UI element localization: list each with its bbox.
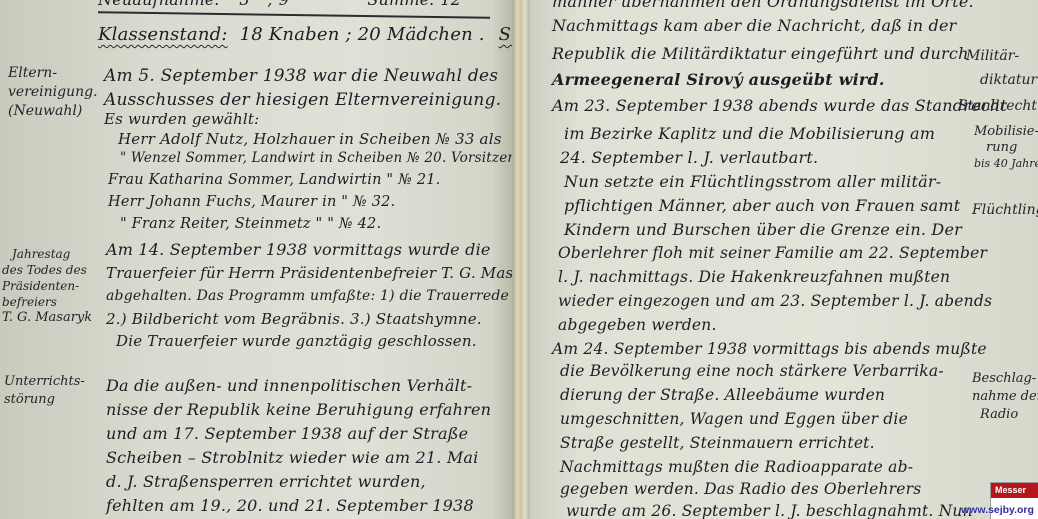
body-line: Nun setzte ein Flüchtlingsstrom aller mi…	[564, 172, 941, 191]
class-status-label: Klassenstand:	[98, 24, 228, 45]
body-line: Armeegeneral Sirový ausgeübt wird.	[552, 70, 885, 89]
class-status-sum-label: Summe:	[499, 24, 512, 45]
margin-note-line: befreiers	[2, 294, 92, 310]
margin-note-line: störung	[4, 391, 85, 409]
margin-note-line: Mobilisie-	[974, 124, 1038, 140]
body-line: Am 23. September 1938 abends wurde das S…	[552, 96, 1007, 115]
body-line: Kindern und Burschen über die Grenze ein…	[564, 220, 962, 239]
enrollment-sum-label: Summe:	[367, 0, 435, 9]
margin-note-martial-law: Standrecht	[958, 98, 1037, 114]
margin-note-line: Präsidenten-	[2, 278, 92, 294]
body-line: abgegeben werden.	[558, 316, 717, 334]
body-line: l. J. nachmittags. Die Hakenkreuzfahnen …	[558, 268, 950, 286]
margin-note-line: des Todes des	[2, 262, 92, 278]
margin-note-line: rung	[974, 140, 1038, 156]
body-line: Herr Adolf Nutz, Holzhauer in Scheiben №…	[118, 130, 502, 148]
margin-note-line: Unterrichts-	[4, 373, 85, 391]
body-line: Nachmittags kam aber die Nachricht, daß …	[552, 16, 956, 35]
body-line: wieder eingezogen und am 23. September l…	[558, 292, 992, 310]
body-line: männer übernahmen den Ordnungsdienst im …	[552, 0, 974, 11]
margin-note-military-dictatorship: Militär- diktatur	[966, 44, 1037, 92]
body-line: Nachmittags mußten die Radioapparate ab-	[560, 458, 913, 476]
body-line: Ausschusses der hiesigen Elternvereinigu…	[104, 90, 501, 110]
body-line: Am 5. September 1938 war die Neuwahl des	[104, 66, 498, 86]
enrollment-label: Neuaufnahme:	[98, 0, 220, 9]
body-line: abgehalten. Das Programm umfaßte: 1) die…	[106, 288, 509, 304]
margin-note-line: Radio	[972, 406, 1038, 424]
margin-note-line: (Neuwahl)	[8, 102, 98, 121]
enrollment-line: Neuaufnahme: 3 " ; 9 " Summe: 12	[98, 0, 461, 9]
body-line: " Wenzel Sommer, Landwirt in Scheiben № …	[120, 150, 512, 166]
class-status-line: Klassenstand: 18 Knaben ; 20 Mädchen . S…	[98, 24, 512, 45]
body-line-text: Trauerfeier für Herrn Präsidentenbefreie…	[106, 264, 512, 282]
margin-note-line: Beschlag-	[972, 370, 1038, 388]
body-line: Am 14. September 1938 vormittags wurde d…	[106, 240, 491, 259]
body-line: Scheiben – Stroblnitz wieder wie am 21. …	[106, 448, 478, 467]
body-line: Die Trauerfeier wurde ganztägig geschlos…	[116, 332, 477, 350]
margin-note-class-disruption: Unterrichts- störung	[4, 373, 85, 409]
watermark-url: www.sejby.org	[961, 504, 1034, 516]
body-line: im Bezirke Kaplitz und die Mobilisierung…	[564, 124, 935, 143]
body-line: d. J. Straßensperren errichtet wurden,	[106, 472, 426, 491]
left-page: Neuaufnahme: 3 " ; 9 " Summe: 12 Klassen…	[0, 0, 512, 519]
body-line: Straße gestellt, Steinmauern errichtet.	[560, 434, 875, 452]
header-rule	[98, 11, 490, 18]
class-status-values: 18 Knaben ; 20 Mädchen .	[240, 24, 485, 45]
margin-note-line: Jahrestag	[2, 246, 92, 262]
body-line: 2.) Bildbericht vom Begräbnis. 3.) Staat…	[106, 310, 482, 328]
margin-note-refugees: Flüchtlinge	[972, 202, 1038, 218]
body-line: dierung der Straße. Alleebäume wurden	[560, 386, 885, 404]
margin-note-line: Eltern-	[8, 64, 98, 83]
body-line: wurde am 26. September l. J. beschlagnah…	[566, 502, 973, 519]
book-gutter	[512, 0, 530, 519]
body-line: und am 17. September 1938 auf der Straße	[106, 424, 468, 443]
body-line: gegeben werden. Das Radio des Oberlehrer…	[560, 480, 921, 498]
body-line: Frau Katharina Sommer, Landwirtin " № 21…	[108, 172, 441, 188]
body-line: Am 24. September 1938 vormittags bis abe…	[552, 340, 987, 358]
margin-note-line: bis 40 Jahre	[974, 156, 1038, 172]
enrollment-sum: 12	[440, 0, 461, 9]
book-spread: Neuaufnahme: 3 " ; 9 " Summe: 12 Klassen…	[0, 0, 1038, 519]
body-line: Da die außen- und innenpolitischen Verhä…	[106, 376, 472, 395]
margin-note-line: T. G. Masaryk	[2, 310, 92, 326]
margin-note-line: diktatur	[966, 68, 1037, 92]
body-line: fehlten am 19., 20. und 21. September 19…	[106, 496, 474, 515]
body-line: pflichtigen Männer, aber auch von Frauen…	[564, 196, 960, 215]
margin-note-line: Standrecht	[958, 98, 1037, 114]
body-line: die Bevölkerung eine noch stärkere Verba…	[560, 362, 944, 380]
badge-label: Messer	[991, 483, 1038, 498]
margin-note-parent-association: Eltern- vereinigung. (Neuwahl)	[8, 64, 98, 121]
margin-note-line: Flüchtlinge	[972, 202, 1038, 218]
margin-note-line: nahme der	[972, 388, 1038, 406]
body-line: Es wurden gewählt:	[104, 110, 259, 128]
body-line: Herr Johann Fuchs, Maurer in " № 32.	[108, 194, 395, 210]
right-page: männer übernahmen den Ordnungsdienst im …	[530, 0, 1038, 519]
margin-note-line: vereinigung.	[8, 83, 98, 102]
margin-note-mobilization: Mobilisie- rung bis 40 Jahre	[974, 124, 1038, 172]
body-line: Republik die Militärdiktatur eingeführt …	[552, 44, 969, 63]
margin-note-radio-confiscation: Beschlag- nahme der Radio	[972, 370, 1038, 424]
body-line: nisse der Republik keine Beruhigung erfa…	[106, 400, 491, 419]
body-line: " Franz Reiter, Steinmetz " " № 42.	[120, 216, 381, 232]
body-line: Oberlehrer floh mit seiner Familie am 22…	[558, 244, 987, 262]
margin-note-masaryk-anniversary: Jahrestag des Todes des Präsidenten- bef…	[2, 246, 92, 326]
body-line: umgeschnitten, Wagen und Eggen über die	[560, 410, 908, 428]
margin-note-line: Militär-	[966, 44, 1037, 68]
enrollment-values: 3 " ; 9 "	[239, 0, 302, 9]
body-line: 24. September l. J. verlautbart.	[560, 148, 818, 167]
body-line: Trauerfeier für Herrn Präsidentenbefreie…	[106, 264, 512, 282]
